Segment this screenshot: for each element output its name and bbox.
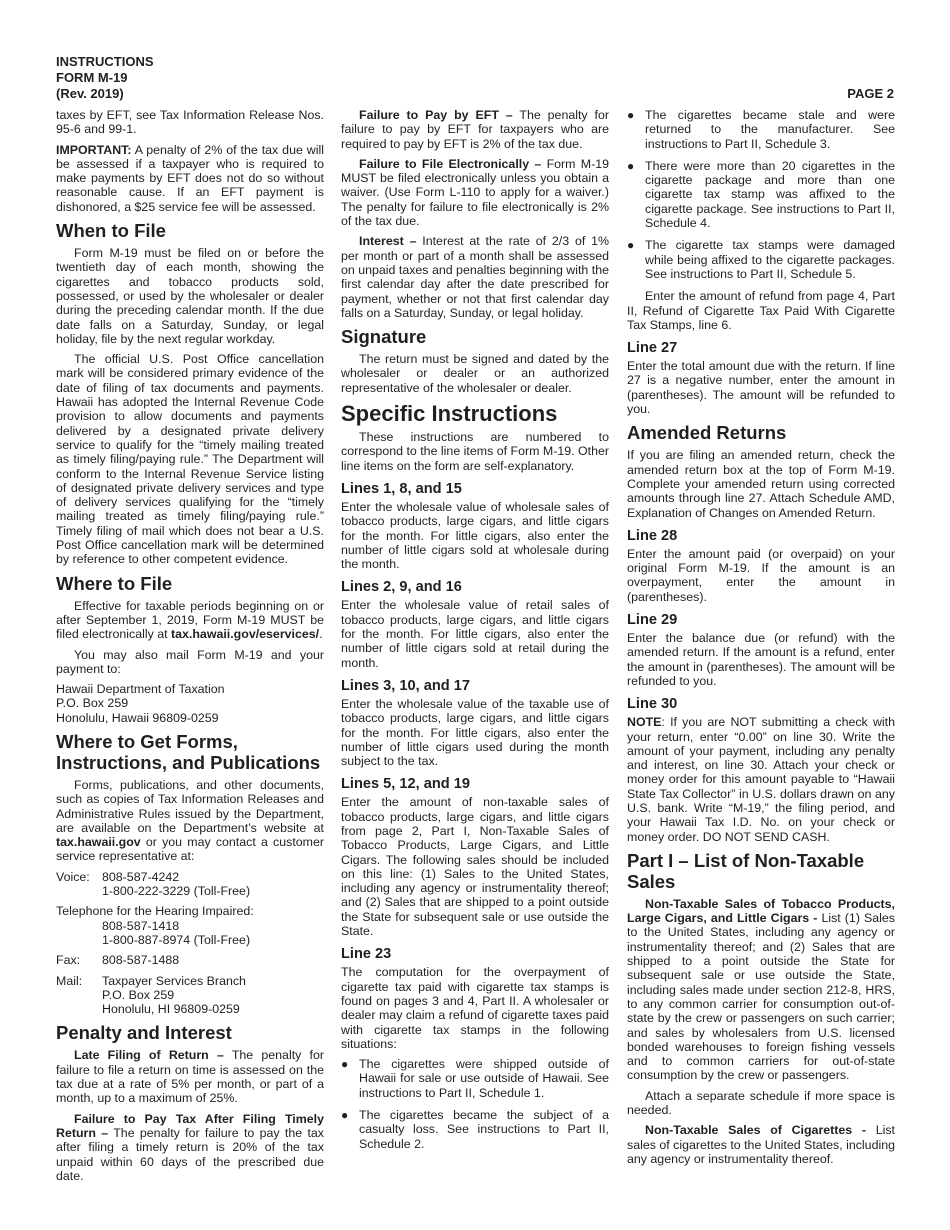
list-item: ●The cigarettes were shipped outside of … [341, 1057, 609, 1100]
get-forms-p1: Forms, publications, and other documents… [56, 778, 324, 864]
list-item: ●The cigarettes became the subject of a … [341, 1108, 609, 1151]
line-27-heading: Line 27 [627, 340, 895, 357]
bullet-icon: ● [627, 159, 634, 173]
line-30-note: NOTE: If you are NOT submitting a check … [627, 715, 895, 844]
when-to-file-p1: Form M-19 must be filed on or before the… [56, 246, 324, 346]
line-23-bullet-list: ●The cigarettes were shipped outside of … [341, 1057, 609, 1151]
line-23-text: The computation for the overpayment of c… [341, 965, 609, 1051]
column-3: ●The cigarettes became stale and were re… [627, 108, 895, 1172]
attach-schedule-paragraph: Attach a separate schedule if more space… [627, 1089, 895, 1118]
header-form-name: FORM M-19 [56, 70, 154, 86]
where-to-file-heading: Where to File [56, 573, 324, 594]
list-item: ●There were more than 20 cigarettes in t… [627, 159, 895, 230]
interest-paragraph: Interest – Interest at the rate of 2/3 o… [341, 234, 609, 320]
important-paragraph: IMPORTANT: A penalty of 2% of the tax du… [56, 143, 324, 214]
contact-hearing-impaired: Telephone for the Hearing Impaired: 808-… [56, 904, 324, 947]
non-taxable-cigarettes-paragraph: Non-Taxable Sales of Cigarettes - List s… [627, 1123, 895, 1166]
lines-5-12-19-text: Enter the amount of non-taxable sales of… [341, 795, 609, 938]
header-instructions: INSTRUCTIONS [56, 54, 154, 70]
where-to-file-p2: You may also mail Form M-19 and your pay… [56, 648, 324, 677]
line-29-heading: Line 29 [627, 612, 895, 629]
eft-penalty-paragraph: Failure to Pay by EFT – The penalty for … [341, 108, 609, 151]
line-28-text: Enter the amount paid (or overpaid) on y… [627, 547, 895, 604]
refund-situations-list: ●The cigarettes became stale and were re… [627, 108, 895, 281]
lines-5-12-19-heading: Lines 5, 12, and 19 [341, 776, 609, 793]
page-number: PAGE 2 [847, 86, 894, 102]
bullet-icon: ● [341, 1057, 348, 1071]
column-1: taxes by EFT, see Tax Information Releas… [56, 108, 324, 1189]
contact-mail: Mail: Taxpayer Services Branch P.O. Box … [56, 974, 324, 1017]
mailing-address: Hawaii Department of Taxation P.O. Box 2… [56, 682, 324, 725]
specific-instructions-heading: Specific Instructions [341, 401, 609, 426]
header-revision: (Rev. 2019) [56, 86, 154, 102]
lines-1-8-15-text: Enter the wholesale value of wholesale s… [341, 500, 609, 571]
contact-voice: Voice: 808-587-4242 1-800-222-3229 (Toll… [56, 870, 324, 899]
when-to-file-p2: The official U.S. Post Office cancellati… [56, 352, 324, 566]
line-29-text: Enter the balance due (or refund) with t… [627, 631, 895, 688]
website-link[interactable]: tax.hawaii.gov [56, 835, 141, 849]
eservices-link[interactable]: tax.hawaii.gov/eservices/ [171, 627, 319, 641]
line-23-heading: Line 23 [341, 946, 609, 963]
bullet-icon: ● [627, 108, 634, 122]
signature-paragraph: The return must be signed and dated by t… [341, 352, 609, 395]
failure-to-pay-paragraph: Failure to Pay Tax After Filing Timely R… [56, 1112, 324, 1183]
bullet-icon: ● [627, 238, 634, 252]
when-to-file-heading: When to File [56, 220, 324, 241]
file-electronically-paragraph: Failure to File Electronically – Form M-… [341, 157, 609, 228]
form-header: INSTRUCTIONS FORM M-19 (Rev. 2019) [56, 54, 154, 102]
where-to-file-p1: Effective for taxable periods beginning … [56, 599, 324, 642]
non-taxable-tobacco-paragraph: Non-Taxable Sales of Tobacco Products, L… [627, 897, 895, 1083]
line-27-text: Enter the total amount due with the retu… [627, 359, 895, 416]
list-item: ●The cigarette tax stamps were damaged w… [627, 238, 895, 281]
amended-returns-heading: Amended Returns [627, 422, 895, 443]
list-item: ●The cigarettes became stale and were re… [627, 108, 895, 151]
lines-2-9-16-heading: Lines 2, 9, and 16 [341, 579, 609, 596]
get-forms-heading: Where to Get Forms, Instructions, and Pu… [56, 731, 324, 773]
lines-2-9-16-text: Enter the wholesale value of retail sale… [341, 598, 609, 669]
lines-3-10-17-heading: Lines 3, 10, and 17 [341, 678, 609, 695]
refund-amount-paragraph: Enter the amount of refund from page 4, … [627, 289, 895, 332]
lines-3-10-17-text: Enter the wholesale value of the taxable… [341, 697, 609, 768]
signature-heading: Signature [341, 326, 609, 347]
late-filing-paragraph: Late Filing of Return – The penalty for … [56, 1048, 324, 1105]
bullet-icon: ● [341, 1108, 348, 1122]
amended-returns-text: If you are filing an amended return, che… [627, 448, 895, 519]
part-1-heading: Part I – List of Non-Taxable Sales [627, 850, 895, 892]
contact-fax: Fax: 808-587-1488 [56, 953, 324, 967]
specific-instructions-paragraph: These instructions are numbered to corre… [341, 430, 609, 473]
eft-continuation: taxes by EFT, see Tax Information Releas… [56, 108, 324, 137]
lines-1-8-15-heading: Lines 1, 8, and 15 [341, 481, 609, 498]
penalty-interest-heading: Penalty and Interest [56, 1022, 324, 1043]
column-2: Failure to Pay by EFT – The penalty for … [341, 108, 609, 1159]
line-28-heading: Line 28 [627, 528, 895, 545]
line-30-heading: Line 30 [627, 696, 895, 713]
